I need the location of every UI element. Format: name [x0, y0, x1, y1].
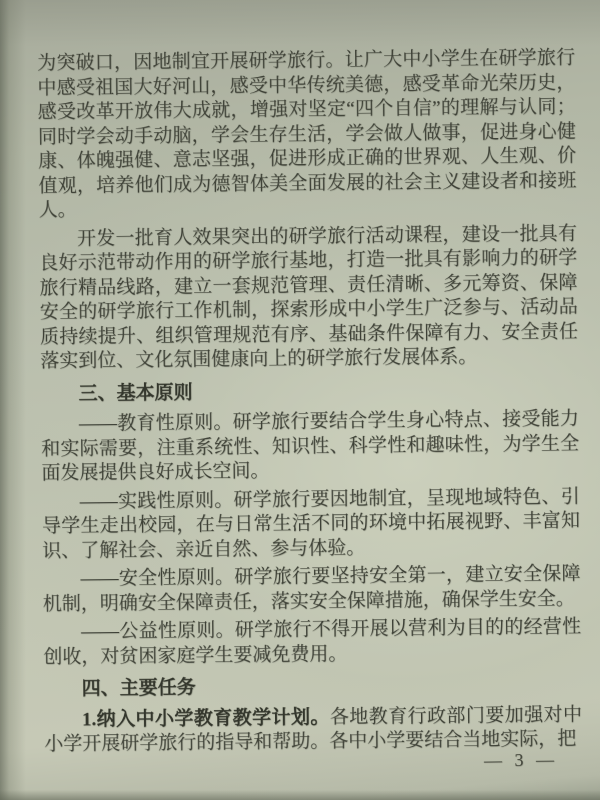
photo-bottom-edge-shadow	[0, 790, 600, 800]
section-heading: 三、基本原则	[40, 377, 578, 407]
paragraph: ——安全性原则。研学旅行要坚持安全第一，建立安全保障机制，明确安全保障责任，落实…	[42, 562, 580, 617]
page-number: — 3 —	[484, 749, 558, 771]
paragraph: ——实践性原则。研学旅行要因地制宜，呈现地域特色、引导学生走出校园，在与日常生活…	[42, 485, 581, 564]
section-heading: 四、主要任务	[44, 672, 582, 702]
paragraph-lead-run: 1.纳入中小学教育教学计划。	[82, 706, 330, 730]
paragraph: ——教育性原则。研学旅行要结合学生身心特点、接受能力和实际需要，注重系统性、知识…	[41, 407, 580, 486]
paragraph: 开发一批育人效果突出的研学旅行活动课程，建设一批具有良好示范带动作用的研学旅行基…	[39, 222, 579, 375]
paragraph: 1.纳入中小学教育教学计划。各地教育行政部门要加强对中小学开展研学旅行的指导和帮…	[44, 703, 582, 758]
paragraph: ——公益性原则。研学旅行不得开展以营利为目的的经营性创收，对贫困家庭学生要减免费…	[43, 615, 581, 670]
page-left-edge-shadow	[0, 0, 26, 800]
paragraph: 为突破口，因地制宜开展研学旅行。让广大中小学生在研学旅行中感受祖国大好河山，感受…	[37, 46, 577, 223]
document-body: 为突破口，因地制宜开展研学旅行。让广大中小学生在研学旅行中感受祖国大好河山，感受…	[37, 46, 582, 761]
page-top-edge-shadow	[0, 0, 600, 46]
document-page-photo: 为突破口，因地制宜开展研学旅行。让广大中小学生在研学旅行中感受祖国大好河山，感受…	[0, 0, 600, 800]
